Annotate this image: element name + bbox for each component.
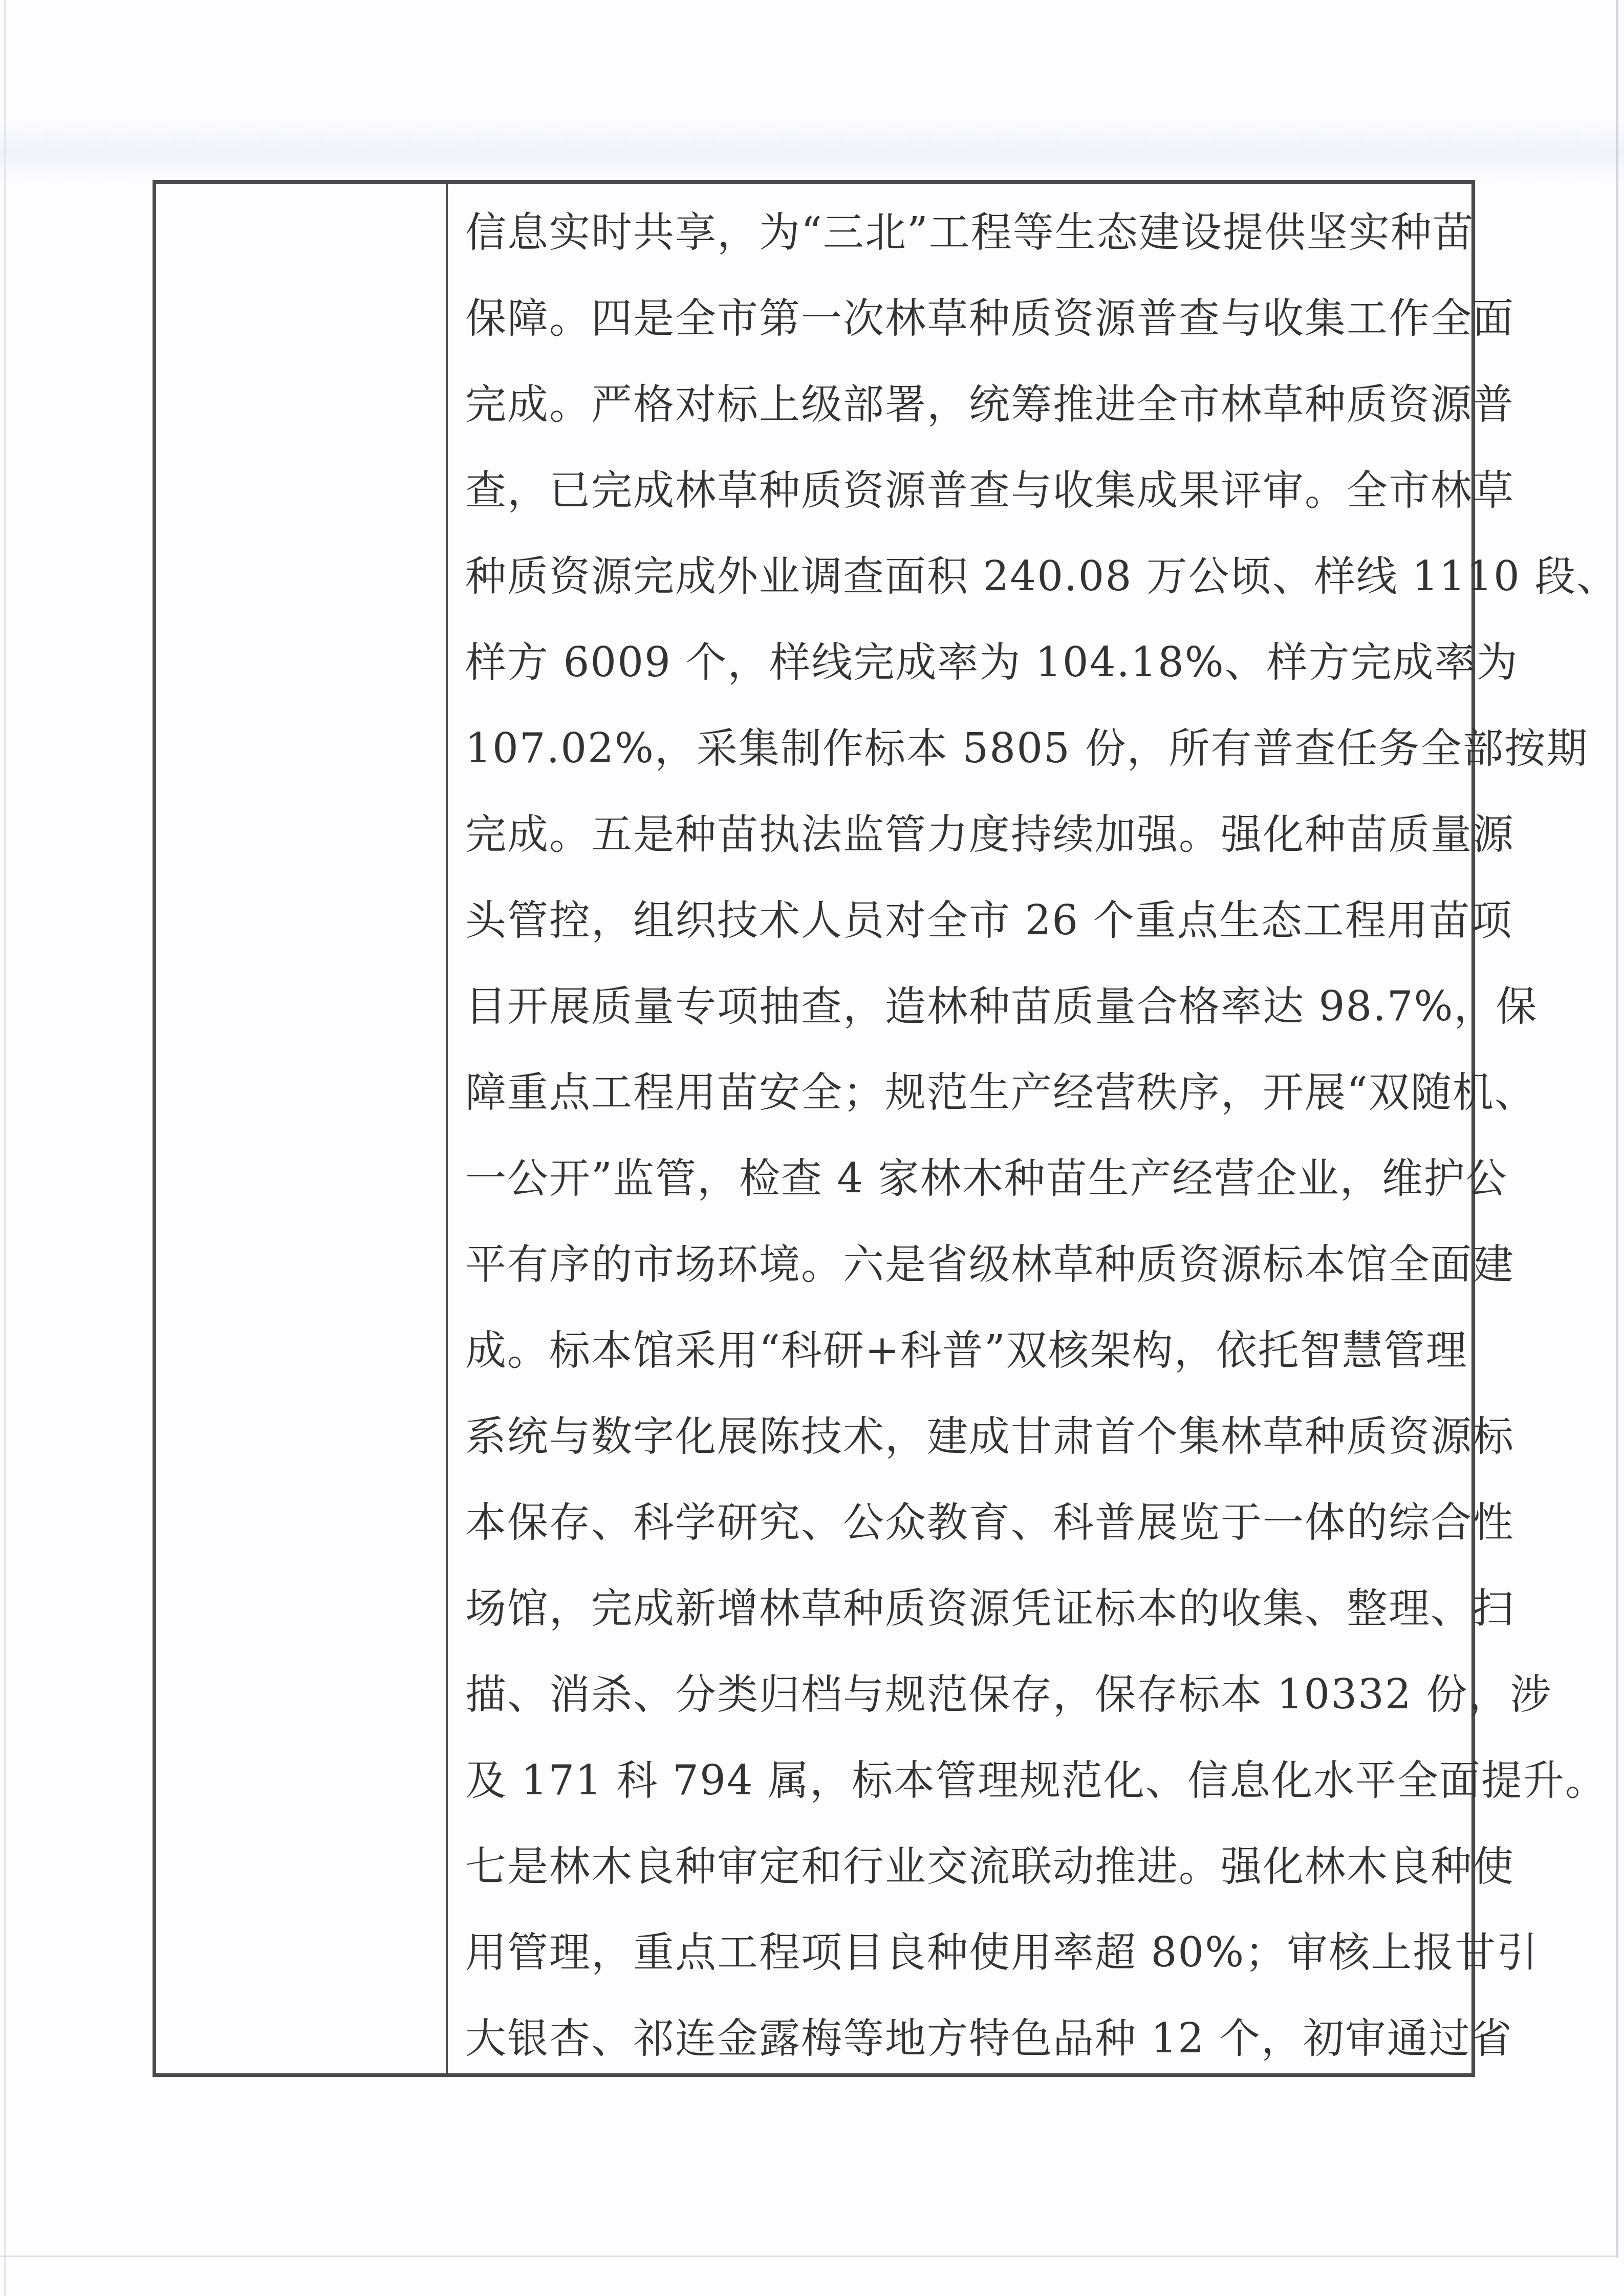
text-line-9: 头管控，组织技术人员对全市 26 个重点生态工程用苗项 (465, 895, 1460, 946)
table-right-column: 信息实时共享，为“三北”工程等生态建设提供坚实种苗 保障。四是全市第一次林草种质… (448, 184, 1471, 2073)
scan-edge-right (1616, 0, 1618, 2258)
text-line-10: 目开展质量专项抽查，造林种苗质量合格率达 98.7%，保 (465, 981, 1460, 1032)
text-line-15: 系统与数字化展陈技术，建成甘肃首个集林草种质资源标 (465, 1411, 1460, 1462)
text-line-21: 用管理，重点工程项目良种使用率超 80%；审核上报甘引 (465, 1927, 1460, 1978)
text-line-20: 七是林木良种审定和行业交流联动推进。强化林木良种使 (465, 1841, 1460, 1892)
text-line-11: 障重点工程用苗安全；规范生产经营秩序，开展“双随机、 (465, 1067, 1460, 1118)
scan-artifact-band (0, 118, 1624, 184)
text-line-17: 场馆，完成新增林草种质资源凭证标本的收集、整理、扫 (465, 1583, 1460, 1634)
table-left-column (156, 184, 448, 2073)
scan-edge-bottom (0, 2256, 1617, 2257)
text-line-19: 及 171 科 794 属，标本管理规范化、信息化水平全面提升。 (465, 1755, 1460, 1806)
scan-edge-left (4, 0, 6, 2296)
text-line-2: 保障。四是全市第一次林草种质资源普查与收集工作全面 (465, 293, 1460, 344)
text-line-6: 样方 6009 个，样线完成率为 104.18%、样方完成率为 (465, 637, 1460, 688)
text-line-16: 本保存、科学研究、公众教育、科普展览于一体的综合性 (465, 1497, 1460, 1548)
text-line-22: 大银杏、祁连金露梅等地方特色品种 12 个，初审通过省 (465, 2013, 1460, 2064)
text-line-4: 查，已完成林草种质资源普查与收集成果评审。全市林草 (465, 465, 1460, 516)
text-line-1: 信息实时共享，为“三北”工程等生态建设提供坚实种苗 (465, 207, 1460, 258)
text-line-5: 种质资源完成外业调查面积 240.08 万公顷、样线 1110 段、 (465, 551, 1460, 602)
text-line-7: 107.02%，采集制作标本 5805 份，所有普查任务全部按期 (465, 723, 1460, 774)
text-line-13: 平有序的市场环境。六是省级林草种质资源标本馆全面建 (465, 1239, 1460, 1290)
text-line-12: 一公开”监管，检查 4 家林木种苗生产经营企业，维护公 (465, 1153, 1460, 1204)
text-line-3: 完成。严格对标上级部署，统筹推进全市林草种质资源普 (465, 379, 1460, 430)
text-line-18: 描、消杀、分类归档与规范保存，保存标本 10332 份，涉 (465, 1669, 1460, 1720)
text-line-8: 完成。五是种苗执法监管力度持续加强。强化种苗质量源 (465, 809, 1460, 860)
text-line-14: 成。标本馆采用“科研+科普”双核架构，依托智慧管理 (465, 1325, 1460, 1376)
document-table: 信息实时共享，为“三北”工程等生态建设提供坚实种苗 保障。四是全市第一次林草种质… (153, 180, 1475, 2077)
